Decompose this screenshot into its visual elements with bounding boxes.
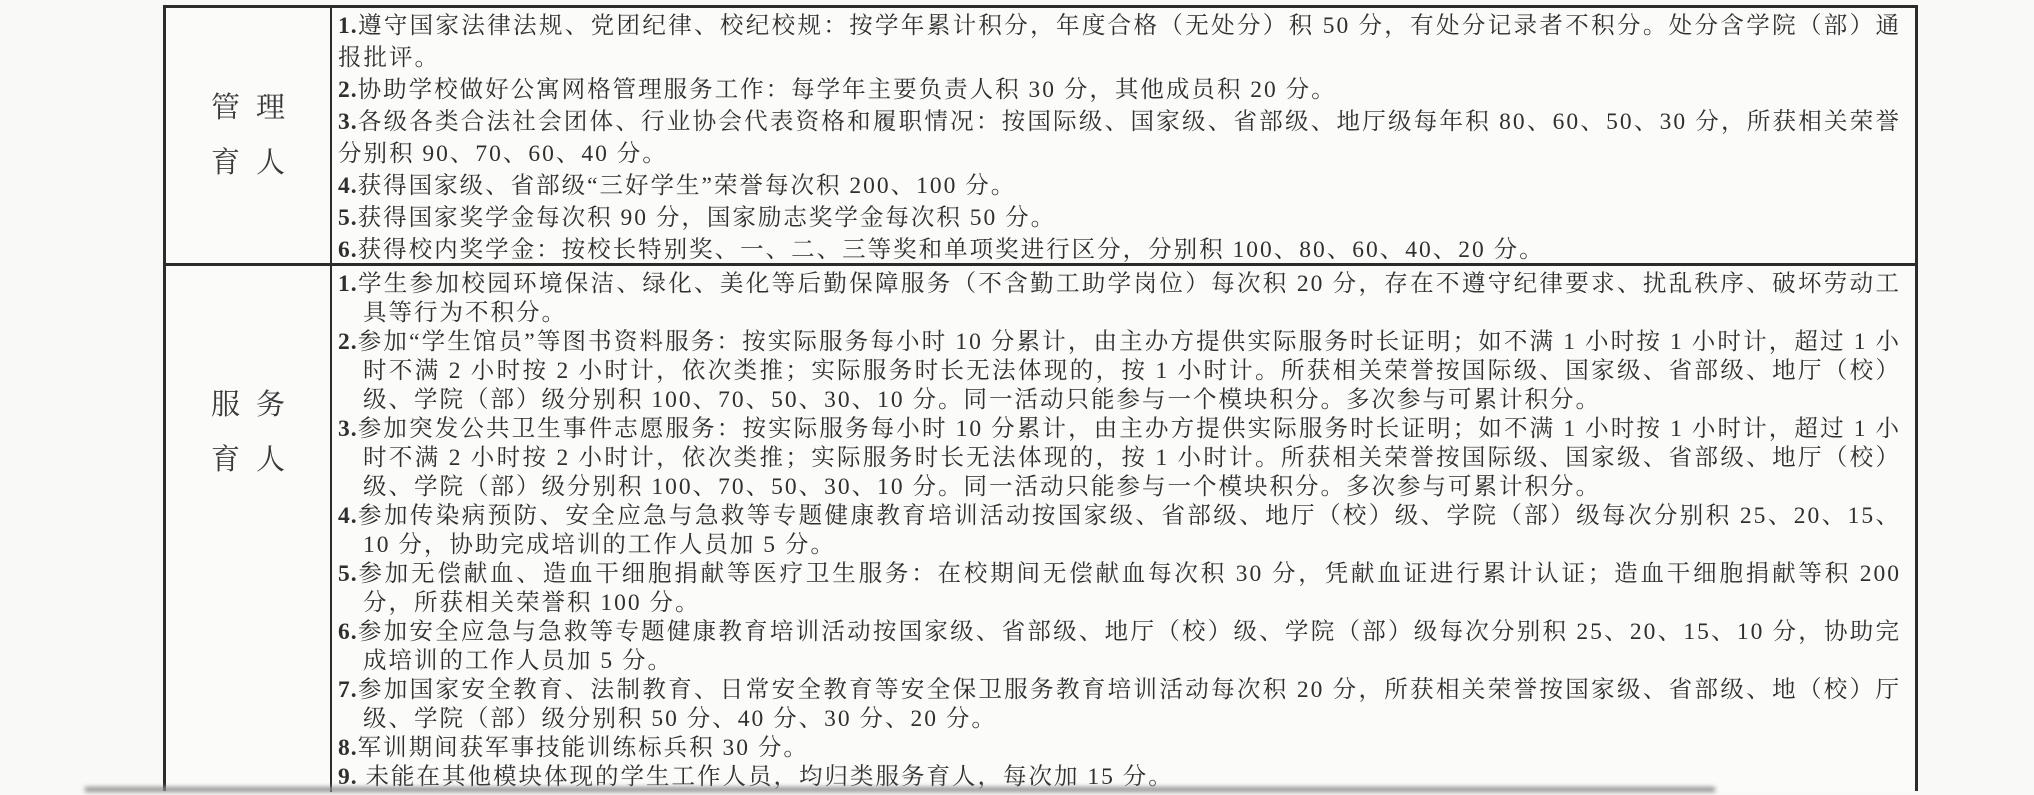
table-row-management: 管理 育人 1.遵守国家法律法规、党团纪律、校纪校规：按学年累计积分，年度合格（… <box>166 8 1915 266</box>
item-number: 6. <box>338 619 358 645</box>
list-item: 8.军训期间获军事技能训练标兵积 30 分。 <box>338 734 1901 763</box>
item-number: 2. <box>338 77 358 103</box>
list-item: 7.参加国家安全教育、法制教育、日常安全教育等安全保卫服务教育培训活动每次积 2… <box>338 676 1901 734</box>
item-number: 1. <box>338 13 358 39</box>
category-cell-management: 管理 育人 <box>166 8 332 263</box>
list-item: 5.获得国家奖学金每次积 90 分，国家励志奖学金每次积 50 分。 <box>338 202 1901 234</box>
list-item: 2.协助学校做好公寓网格管理服务工作：每学年主要负责人积 30 分，其他成员积 … <box>338 74 1901 106</box>
list-item: 1.遵守国家法律法规、党团纪律、校纪校规：按学年累计积分，年度合格（无处分）积 … <box>338 10 1901 74</box>
rules-cell-service: 1.学生参加校园环境保洁、绿化、美化等后勤保障服务（不含勤工助学岗位）每次积 2… <box>332 266 1915 792</box>
item-number: 2. <box>338 329 358 355</box>
list-item: 6.获得校内奖学金：按校长特别奖、一、二、三等奖和单项奖进行区分，分别积 100… <box>338 234 1901 263</box>
item-text: 参加传染病预防、安全应急与急救等专题健康教育培训活动按国家级、省部级、地厅（校）… <box>358 503 1901 558</box>
category-label-line: 育人 <box>211 136 301 191</box>
list-item: 3.各级各类合法社会团体、行业协会代表资格和履职情况：按国际级、国家级、省部级、… <box>338 106 1901 170</box>
item-number: 6. <box>338 237 358 263</box>
scanned-document-page: 管理 育人 1.遵守国家法律法规、党团纪律、校纪校规：按学年累计积分，年度合格（… <box>0 0 2034 795</box>
item-text: 参加突发公共卫生事件志愿服务：按实际服务每小时 10 分累计，由主办方提供实际服… <box>358 416 1901 500</box>
category-label-service: 服务 育人 <box>211 378 285 488</box>
item-number: 3. <box>338 416 358 442</box>
rules-cell-management: 1.遵守国家法律法规、党团纪律、校纪校规：按学年累计积分，年度合格（无处分）积 … <box>332 8 1915 263</box>
item-number: 1. <box>338 271 358 297</box>
item-number: 7. <box>338 677 358 703</box>
category-label-line: 育人 <box>211 433 301 488</box>
list-item: 1.学生参加校园环境保洁、绿化、美化等后勤保障服务（不含勤工助学岗位）每次积 2… <box>338 270 1901 328</box>
category-label-management: 管理 育人 <box>211 81 285 191</box>
table-row-service: 服务 育人 1.学生参加校园环境保洁、绿化、美化等后勤保障服务（不含勤工助学岗位… <box>166 266 1915 792</box>
item-number: 5. <box>338 205 358 231</box>
item-text: 军训期间获军事技能训练标兵积 30 分。 <box>358 735 809 761</box>
score-rules-table: 管理 育人 1.遵守国家法律法规、党团纪律、校纪校规：按学年累计积分，年度合格（… <box>163 5 1918 791</box>
list-item: 3.参加突发公共卫生事件志愿服务：按实际服务每小时 10 分累计，由主办方提供实… <box>338 415 1901 502</box>
category-label-line: 管理 <box>211 81 301 136</box>
item-text: 获得国家级、省部级“三好学生”荣誉每次积 200、100 分。 <box>358 173 1017 199</box>
item-number: 5. <box>338 561 358 587</box>
scan-edge-artifact <box>85 787 1715 792</box>
item-number: 4. <box>338 173 358 199</box>
item-number: 4. <box>338 503 358 529</box>
item-text: 协助学校做好公寓网格管理服务工作：每学年主要负责人积 30 分，其他成员积 20… <box>358 77 1337 103</box>
item-number: 8. <box>338 735 358 761</box>
item-number: 3. <box>338 109 358 135</box>
list-item: 2.参加“学生馆员”等图书资料服务：按实际服务每小时 10 分累计，由主办方提供… <box>338 328 1901 415</box>
item-text: 参加安全应急与急救等专题健康教育培训活动按国家级、省部级、地厅（校）级、学院（部… <box>358 619 1901 674</box>
item-text: 参加“学生馆员”等图书资料服务：按实际服务每小时 10 分累计，由主办方提供实际… <box>358 329 1901 413</box>
list-item: 4.参加传染病预防、安全应急与急救等专题健康教育培训活动按国家级、省部级、地厅（… <box>338 502 1901 560</box>
item-text: 各级各类合法社会团体、行业协会代表资格和履职情况：按国际级、国家级、省部级、地厅… <box>338 109 1901 167</box>
item-text: 学生参加校园环境保洁、绿化、美化等后勤保障服务（不含勤工助学岗位）每次积 20 … <box>358 271 1901 326</box>
item-text: 获得国家奖学金每次积 90 分，国家励志奖学金每次积 50 分。 <box>358 205 1057 231</box>
item-text: 遵守国家法律法规、党团纪律、校纪校规：按学年累计积分，年度合格（无处分）积 50… <box>338 13 1901 71</box>
item-text: 参加国家安全教育、法制教育、日常安全教育等安全保卫服务教育培训活动每次积 20 … <box>358 677 1901 732</box>
list-item: 5.参加无偿献血、造血干细胞捐献等医疗卫生服务：在校期间无偿献血每次积 30 分… <box>338 560 1901 618</box>
category-cell-service: 服务 育人 <box>166 266 332 792</box>
list-item: 4.获得国家级、省部级“三好学生”荣誉每次积 200、100 分。 <box>338 170 1901 202</box>
item-text: 获得校内奖学金：按校长特别奖、一、二、三等奖和单项奖进行区分，分别积 100、8… <box>358 237 1545 263</box>
list-item: 6.参加安全应急与急救等专题健康教育培训活动按国家级、省部级、地厅（校）级、学院… <box>338 618 1901 676</box>
item-text: 参加无偿献血、造血干细胞捐献等医疗卫生服务：在校期间无偿献血每次积 30 分，凭… <box>358 561 1901 616</box>
category-label-line: 服务 <box>211 378 301 433</box>
